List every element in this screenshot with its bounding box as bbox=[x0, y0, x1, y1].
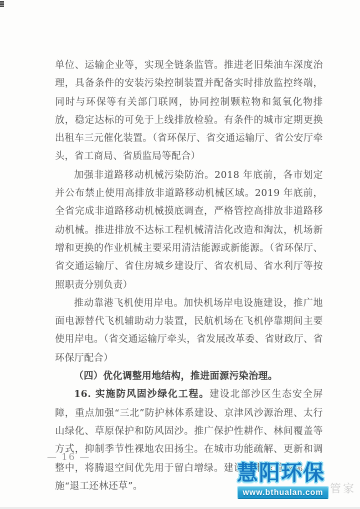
watermark: 管家 慧阳环保 www.bthualan.com bbox=[237, 463, 333, 499]
scan-artifact-mark bbox=[0, 1, 4, 7]
watermark-brand-text: 慧阳环保 bbox=[237, 463, 333, 485]
item16-lead-text: 16. 实施防风固沙绿化工程。 bbox=[74, 389, 210, 400]
paragraph-nonroad-machinery: 加强非道路移动机械污染防治。2018 年底前，各市划定并公布禁止使用高排放非道路… bbox=[55, 167, 323, 295]
document-page: 单位、运输企业等，实现全链条监管。推进老旧柴油车深度治理，具备条件的安装污染控制… bbox=[0, 0, 360, 509]
watermark-url-text: www.bthualan.com bbox=[237, 486, 329, 499]
watermark-ghost-text: 管家 bbox=[330, 483, 360, 495]
section-heading-four: （四）优化调整用地结构，推进面源污染治理。 bbox=[55, 368, 323, 386]
paragraph-shore-power: 推动靠港飞机使用岸电。加快机场岸电设施建设，推广地面电源替代飞机辅助动力装置，民… bbox=[55, 295, 323, 368]
page-number: — 16 — bbox=[47, 452, 90, 463]
document-body: 单位、运输企业等，实现全链条监管。推进老旧柴油车深度治理，具备条件的安装污染控制… bbox=[55, 57, 323, 496]
paragraph-vehicle-supervision: 单位、运输企业等，实现全链条监管。推进老旧柴油车深度治理，具备条件的安装污染控制… bbox=[55, 57, 323, 167]
